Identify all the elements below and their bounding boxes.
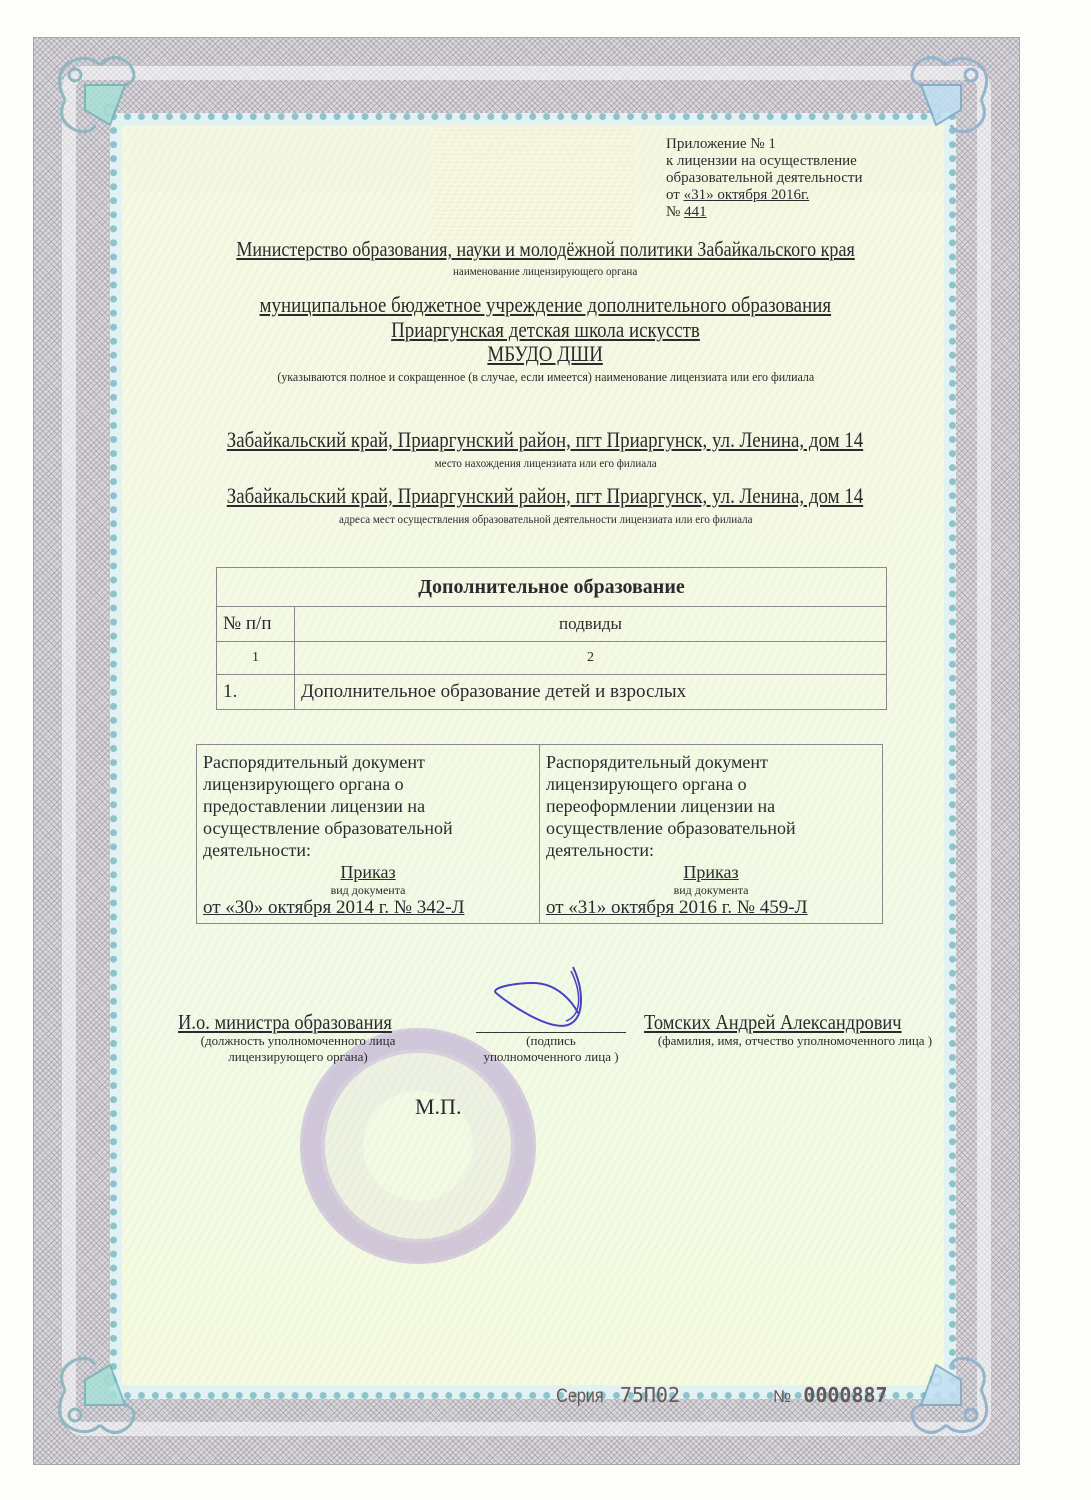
reissue-order-reference: от «31» октября 2016 г. № 459-Л [546,897,876,919]
appendix-number-row: № 441 [666,204,863,221]
grant-order-reference: от «30» октября 2014 г. № 342-Л [203,897,533,919]
grant-order-type: Приказ [203,861,533,883]
orders-table: Распорядительный документ лицензирующего… [196,744,883,924]
licensee-full-name-1: муниципальное бюджетное учреждение допол… [260,292,832,318]
licensee-caption: (указываются полное и сокращенное (в слу… [277,369,814,385]
location-caption: место нахождения лицензиата или его фили… [434,456,656,471]
signatory-position: И.о. министра образования [178,1010,392,1035]
table-index-row: 1 2 [217,642,887,675]
table-header-row: № п/п подвиды [217,607,887,642]
grant-order-type-caption: вид документа [203,883,533,897]
handwritten-signature-icon [488,963,598,1033]
number-value: 0000887 [803,1383,887,1407]
appendix-header: Приложение № 1 к лицензии на осуществлен… [666,136,863,221]
reissue-order-type-caption: вид документа [546,883,876,897]
appendix-date-row: от «31» октября 2016г. [666,187,863,204]
appendix-line: к лицензии на осуществление [666,153,863,170]
appendix-date: «31» октября 2016г. [684,187,810,203]
licensing-body-name: Министерство образования, науки и молодё… [236,237,854,262]
appendix-line: образовательной деятельности [666,170,863,187]
form-series: Серия 75П02 [552,1383,680,1408]
licensee-location: Забайкальский край, Приаргунский район, … [227,427,863,453]
signature-caption: (подпись уполномоченного лица ) [476,1033,626,1065]
table-row: 1. Дополнительное образование детей и вз… [217,675,887,710]
table-title: Дополнительное образование [217,568,887,607]
column-header: подвиды [295,607,887,642]
seal-label: М.П. [415,1094,461,1120]
reissue-order-type: Приказ [546,861,876,883]
form-number: № 0000887 [773,1383,888,1407]
grant-order-cell: Распорядительный документ лицензирующего… [197,745,540,924]
licensee-full-name-2: Приаргунская детская школа искусств [391,317,700,343]
activity-address: Забайкальский край, Приаргунский район, … [227,483,863,509]
activities-table: Дополнительное образование № п/п подвиды… [216,567,887,710]
column-header: № п/п [217,607,295,642]
licensing-body-caption: наименование лицензирующего органа [453,264,637,279]
appendix-number: 441 [684,204,707,220]
appendix-title: Приложение № 1 [666,136,863,153]
grant-order-description: Распорядительный документ лицензирующего… [203,751,493,861]
reissue-order-description: Распорядительный документ лицензирующего… [546,751,836,861]
activity-address-caption: адреса мест осуществления образовательно… [339,512,753,527]
licensee-short-name: МБУДО ДШИ [488,341,603,367]
signatory-name: Томских Андрей Александрович [644,1010,902,1035]
series-value: 75П02 [620,1383,680,1407]
name-caption: (фамилия, имя, отчество уполномоченного … [640,1033,950,1049]
reissue-order-cell: Распорядительный документ лицензирующего… [540,745,883,924]
position-caption: (должность уполномоченного лица лицензир… [178,1033,418,1065]
license-appendix-page: Приложение № 1 к лицензии на осуществлен… [0,0,1091,1500]
